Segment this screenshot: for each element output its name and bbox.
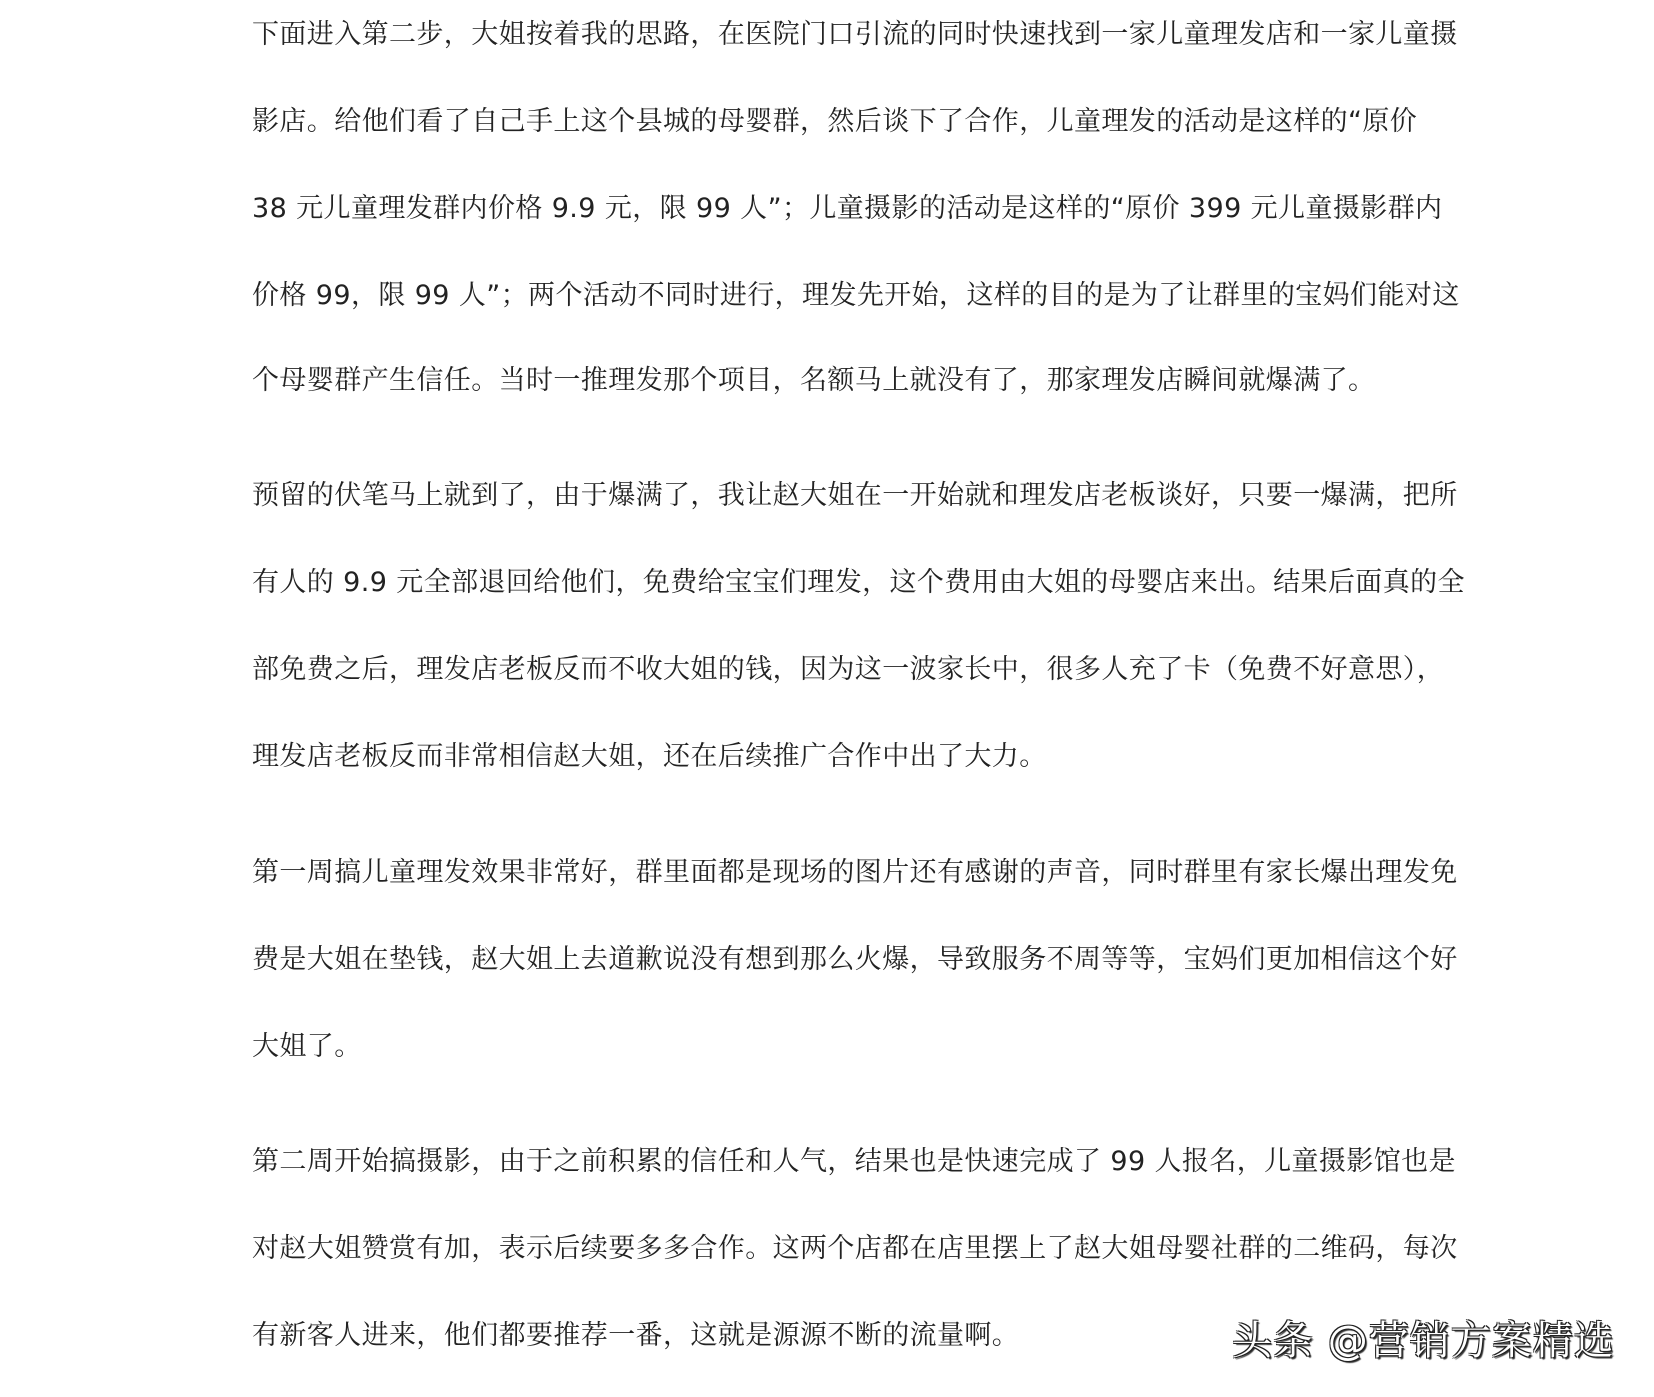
text-line: 预留的伏笔马上就到了，由于爆满了，我让赵大姐在一开始就和理发店老板谈好，只要一爆…	[252, 476, 1458, 516]
text-line: 对赵大姐赞赏有加，表示后续要多多合作。这两个店都在店里摆上了赵大姐母婴社群的二维…	[252, 1229, 1458, 1269]
text-line: 影店。给他们看了自己手上这个县城的母婴群，然后谈下了合作，儿童理发的活动是这样的…	[252, 102, 1417, 142]
text-line: 第二周开始搞摄影，由于之前积累的信任和人气，结果也是快速完成了 99 人报名，儿…	[252, 1142, 1456, 1182]
text-line: 有新客人进来，他们都要推荐一番，这就是源源不断的流量啊。	[252, 1316, 1019, 1356]
text-line: 个母婴群产生信任。当时一推理发那个项目，名额马上就没有了，那家理发店瞬间就爆满了…	[252, 361, 1375, 401]
text-line: 费是大姐在垫钱，赵大姐上去道歉说没有想到那么火爆，导致服务不周等等，宝妈们更加相…	[252, 940, 1458, 980]
text-line: 价格 99，限 99 人”；两个活动不同时进行，理发先开始，这样的目的是为了让群…	[252, 276, 1460, 316]
text-line: 有人的 9.9 元全部退回给他们，免费给宝宝们理发，这个费用由大姐的母婴店来出。…	[252, 563, 1465, 603]
text-line: 第一周搞儿童理发效果非常好，群里面都是现场的图片还有感谢的声音，同时群里有家长爆…	[252, 853, 1458, 893]
text-line: 大姐了。	[252, 1027, 362, 1067]
text-line: 38 元儿童理发群内价格 9.9 元，限 99 人”；儿童摄影的活动是这样的“原…	[252, 189, 1442, 229]
text-line: 部免费之后，理发店老板反而不收大姐的钱，因为这一波家长中，很多人充了卡（免费不好…	[252, 650, 1444, 690]
text-line: 下面进入第二步，大姐按着我的思路，在医院门口引流的同时快速找到一家儿童理发店和一…	[252, 15, 1458, 55]
text-line: 理发店老板反而非常相信赵大姐，还在后续推广合作中出了大力。	[252, 737, 1047, 777]
watermark: 头条 @营销方案精选	[1232, 1318, 1615, 1364]
